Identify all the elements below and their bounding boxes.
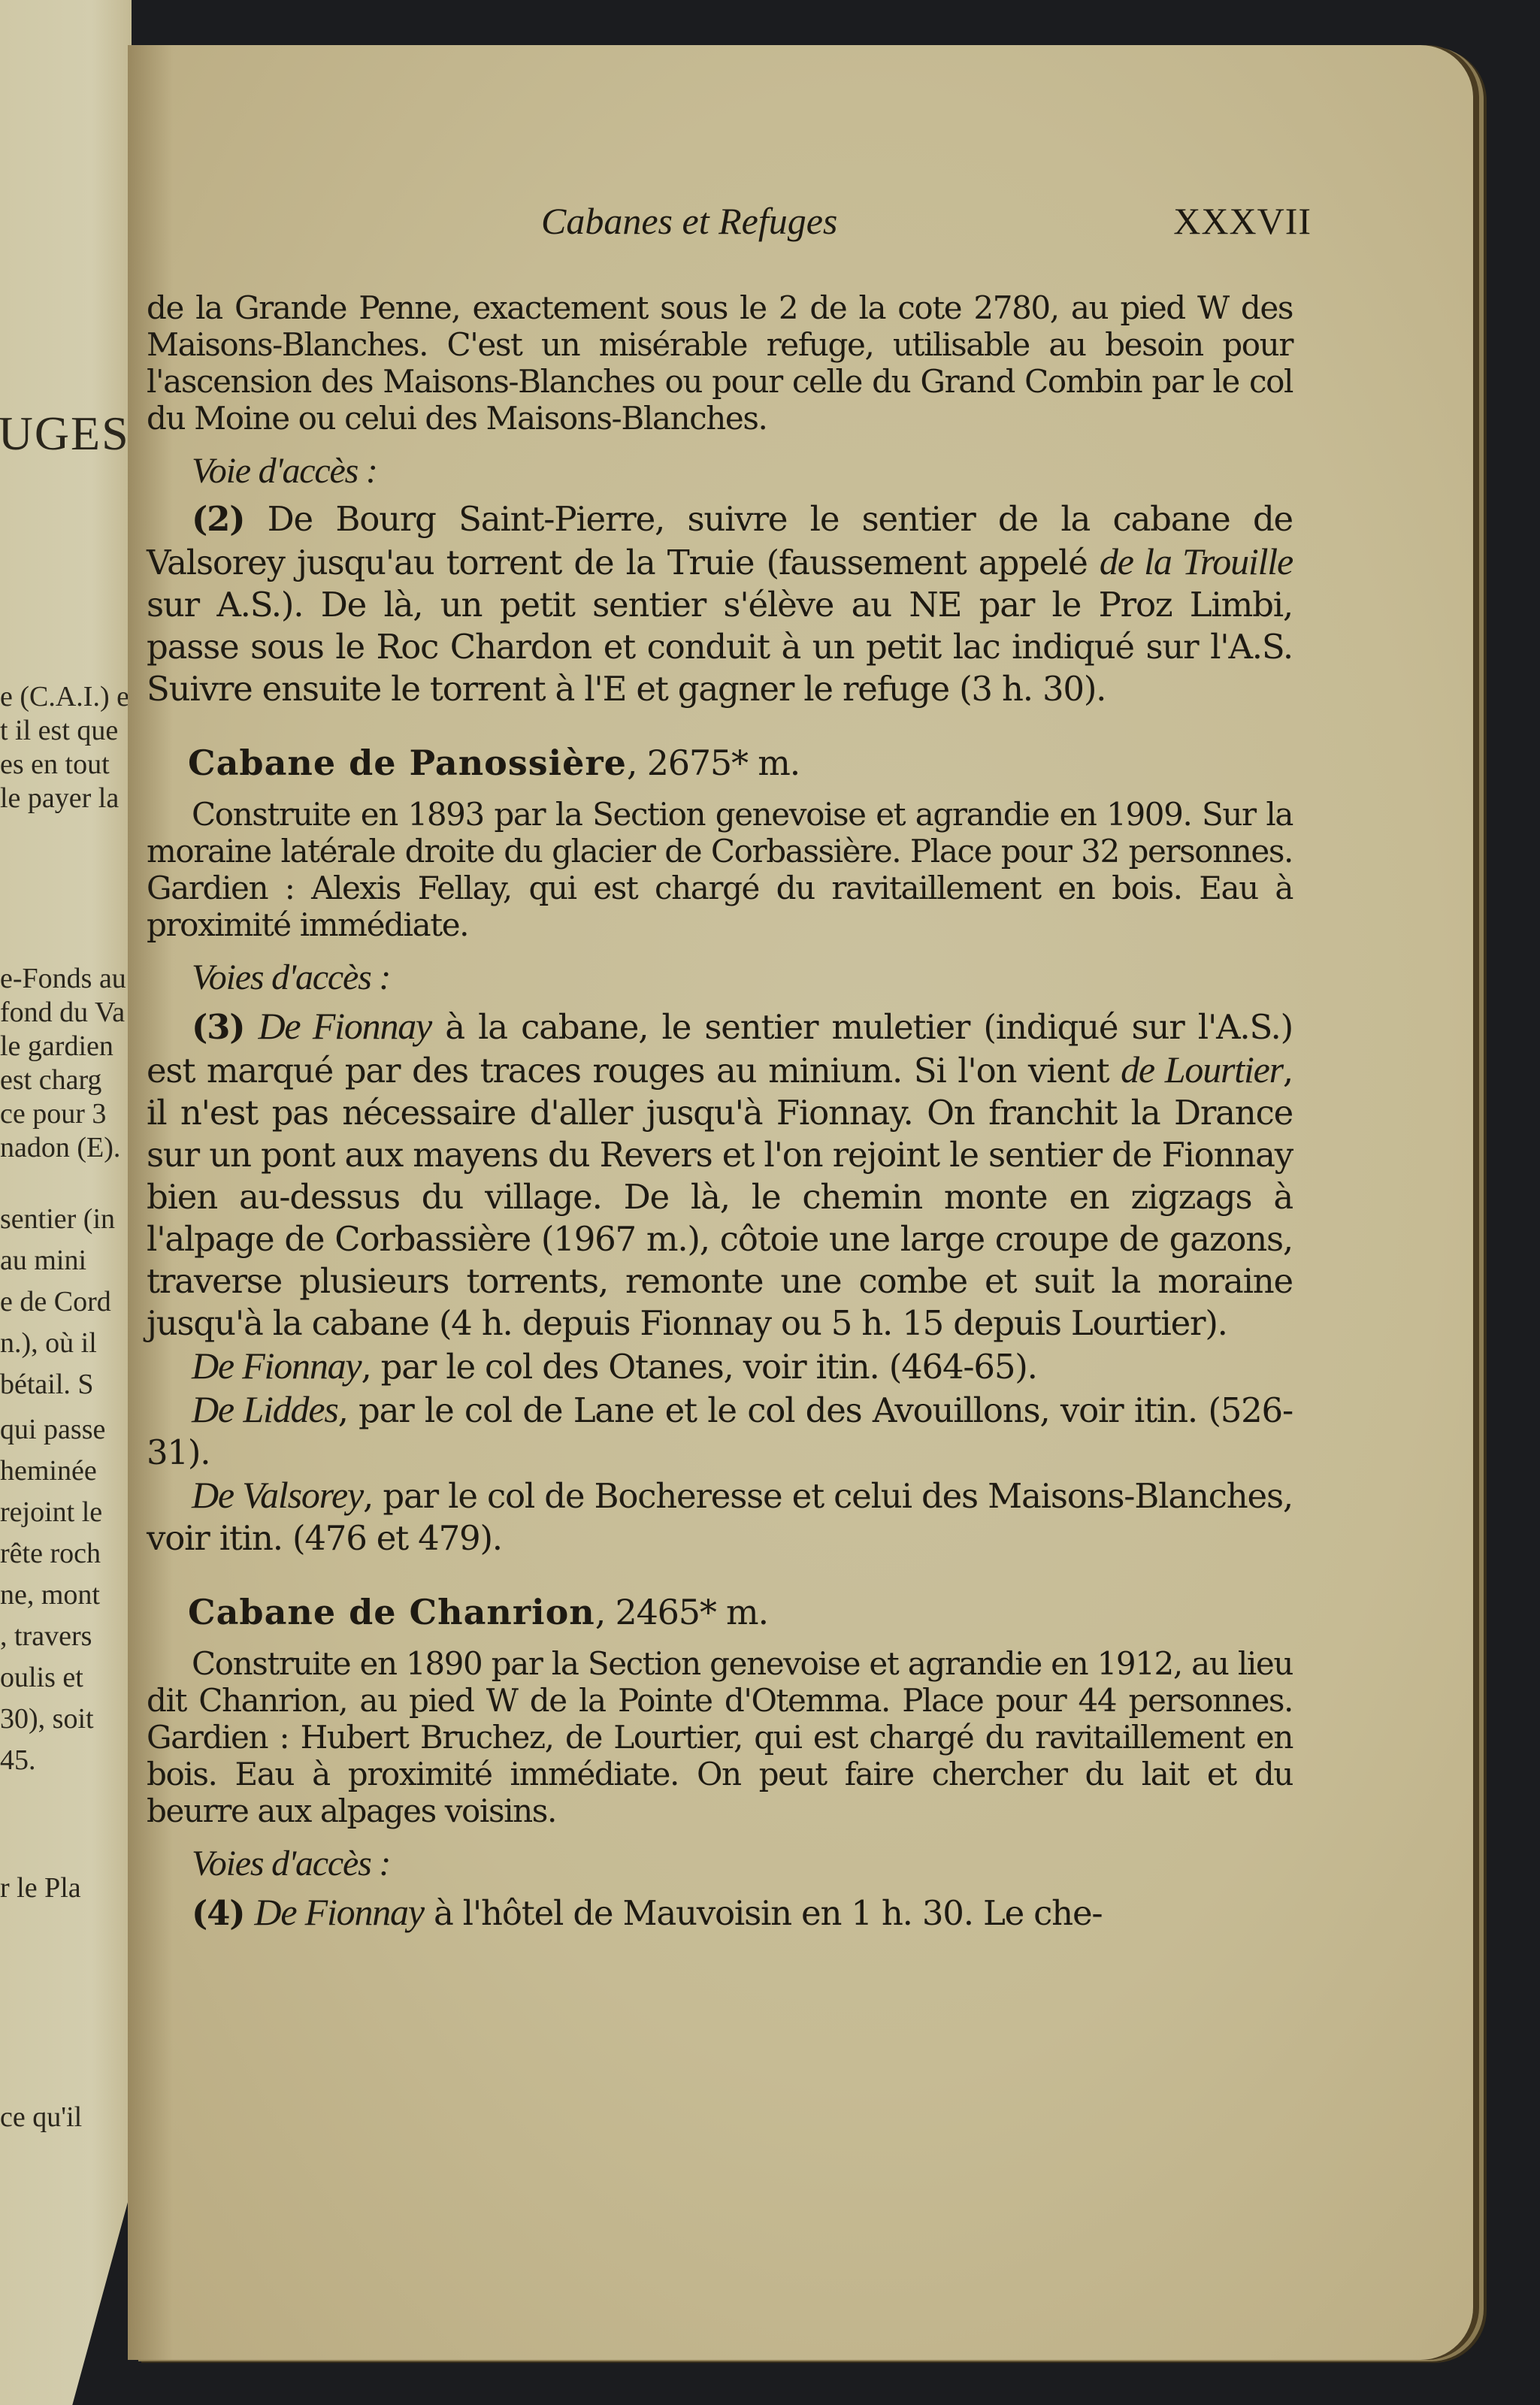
hut-description: Construite en 1893 par la Section genevo… xyxy=(147,796,1293,943)
access-subhead: Voies d'accès : xyxy=(192,957,1293,999)
running-title: Cabanes et Refuges xyxy=(541,199,837,243)
left-page-fragment: bétail. S xyxy=(0,1368,94,1401)
left-page-fragment: oulis et xyxy=(0,1661,83,1694)
route-origin: De Valsorey xyxy=(192,1474,363,1516)
alt-route: De Liddes, par le col de Lane et le col … xyxy=(147,1388,1293,1474)
left-page-fragment: e-Fonds au xyxy=(0,962,126,995)
book-page: Cabanes et Refuges XXXVII de la Grande P… xyxy=(128,45,1473,2360)
route-paragraph: (4) De Fionnay à l'hôtel de Mauvoisin en… xyxy=(147,1891,1293,1935)
left-page-fragment: rête roch xyxy=(0,1537,101,1570)
route-origin: De Fionnay xyxy=(192,1345,361,1387)
left-page-fragment: e (C.A.I.) et xyxy=(0,680,132,713)
route-text: , par le col des Otanes, voir itin. (464… xyxy=(361,1347,1036,1387)
left-page-edge: FUGES e (C.A.I.) et t il est que es en t… xyxy=(0,0,132,2405)
left-page-fragment: 30), soit xyxy=(0,1702,94,1735)
route-paragraph: (2) De Bourg Saint-Pierre, suivre le sen… xyxy=(147,498,1293,710)
route-origin: De Liddes xyxy=(192,1388,338,1430)
hut-name: Cabane de Panossière xyxy=(188,743,627,783)
route-number: (3) xyxy=(192,1007,244,1047)
left-page-fragment: fond du Va xyxy=(0,996,125,1029)
access-subhead: Voie d'accès : xyxy=(192,450,1293,492)
alt-route: De Valsorey, par le col de Bocheresse et… xyxy=(147,1474,1293,1559)
intro-paragraph: de la Grande Penne, exactement sous le 2… xyxy=(147,289,1293,437)
route-text: , il n'est pas nécessaire d'aller jusqu'… xyxy=(147,1051,1293,1343)
route-number: (4) xyxy=(192,1893,244,1933)
left-page-fragment: ne, mont xyxy=(0,1578,100,1611)
hut-heading: Cabane de Chanrion, 2465* m. xyxy=(188,1591,1293,1633)
hut-name: Cabane de Chanrion xyxy=(188,1592,595,1632)
route-origin: De Fionnay xyxy=(259,1005,432,1047)
hut-altitude: , 2465* m. xyxy=(595,1592,768,1632)
left-page-fragment: 45. xyxy=(0,1744,36,1777)
left-page-fragment: le gardien xyxy=(0,1030,113,1063)
left-page-fragment: ce qu'il xyxy=(0,2101,82,2134)
left-page-fragment: es en tout xyxy=(0,748,110,781)
left-page-fragment: n.), où il xyxy=(0,1327,97,1360)
hut-description: Construite en 1890 par la Section genevo… xyxy=(147,1645,1293,1829)
text-column: de la Grande Penne, exactement sous le 2… xyxy=(147,289,1293,1935)
left-page-fragment: sentier (in xyxy=(0,1202,115,1236)
left-page-fragment: qui passe xyxy=(0,1413,105,1446)
left-page-fragment: est charg xyxy=(0,1063,101,1097)
route-paragraph: (3) De Fionnay à la cabane, le sentier m… xyxy=(147,1005,1293,1345)
access-subhead: Voies d'accès : xyxy=(192,1843,1293,1885)
route-italic: de la Trouille xyxy=(1100,540,1293,582)
left-page-fragment: , travers xyxy=(0,1620,92,1653)
left-page-fragment: t il est que xyxy=(0,714,118,747)
left-page-fragment: heminée xyxy=(0,1454,97,1487)
route-origin: De Fionnay xyxy=(254,1891,423,1933)
page-number: XXXVII xyxy=(1173,199,1312,243)
running-header: Cabanes et Refuges XXXVII xyxy=(147,199,1312,252)
hut-heading: Cabane de Panossière, 2675* m. xyxy=(188,742,1293,784)
left-page-heading: FUGES xyxy=(0,406,130,461)
left-page-fragment: r le Pla xyxy=(0,1871,81,1904)
alt-route: De Fionnay, par le col des Otanes, voir … xyxy=(147,1345,1293,1388)
route-italic: de Lourtier xyxy=(1121,1048,1283,1091)
route-text: sur A.S.). De là, un petit sentier s'élè… xyxy=(147,585,1293,709)
left-page-fragment: le payer la xyxy=(0,782,119,815)
left-page-fragment: rejoint le xyxy=(0,1496,102,1529)
left-page-fragment: au mini xyxy=(0,1244,86,1277)
route-number: (2) xyxy=(192,499,244,539)
left-page-fragment: ce pour 3 xyxy=(0,1097,106,1130)
hut-altitude: , 2675* m. xyxy=(627,743,800,783)
left-page-fragment: e de Cord xyxy=(0,1285,111,1318)
route-text: à l'hôtel de Mauvoisin en 1 h. 30. Le ch… xyxy=(424,1893,1103,1933)
left-page-fragment: nadon (E). xyxy=(0,1131,120,1164)
